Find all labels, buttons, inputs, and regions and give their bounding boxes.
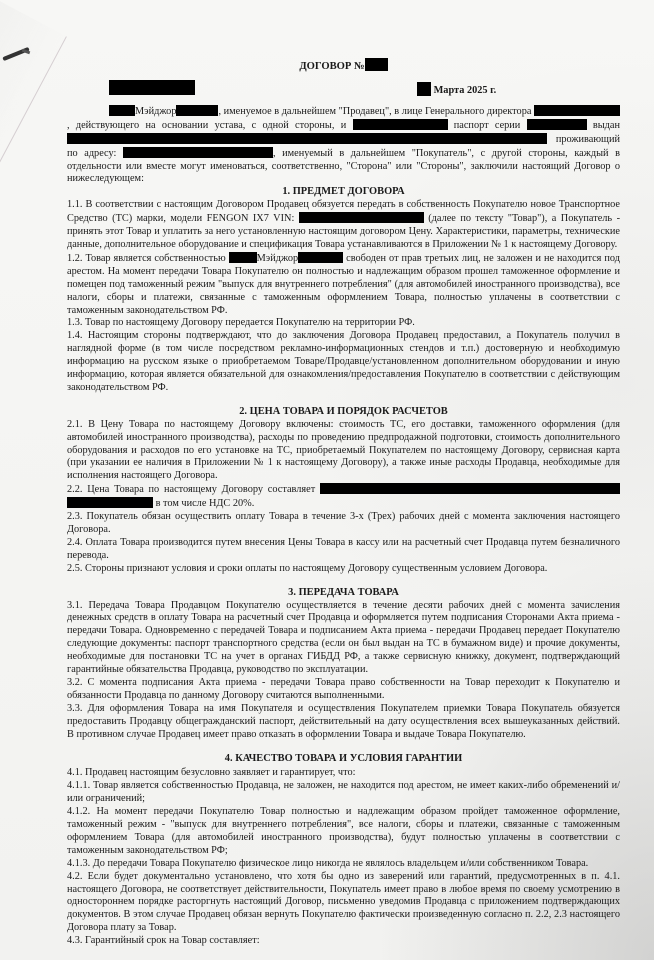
clause-4-2: 4.2. Если будет документально установлен…	[67, 871, 620, 936]
preamble: Мэйджор, именуемое в дальнейшем "Продаве…	[67, 105, 620, 186]
contract-date: Марта 2025 г.	[417, 82, 496, 98]
clause-3-3: 3.3. Для оформления Товара на имя Покупа…	[67, 703, 620, 742]
redacted-director-name-cont	[592, 105, 620, 116]
section-3-heading: 3. ПЕРЕДАЧА ТОВАРА	[67, 587, 620, 600]
clause-4-3: 4.3. Гарантийный срок на Товар составляе…	[67, 935, 620, 948]
redacted-day	[417, 82, 431, 96]
redacted-buyer-name	[353, 119, 448, 130]
clause-2-2: 2.2. Цена Товара по настоящему Договору …	[67, 483, 620, 511]
page-fold-shadow	[0, 0, 67, 319]
redacted-owner-prefix	[229, 252, 257, 263]
scanned-page: ДОГОВОР № Марта 2025 г. Мэйджор, именуем…	[0, 0, 654, 960]
clause-2-1: 2.1. В Цену Товара по настоящему Договор…	[67, 419, 620, 484]
redacted-contract-number	[365, 58, 388, 71]
clause-1-4: 1.4. Настоящим стороны подтверждают, что…	[67, 330, 620, 395]
clause-4-1-2: 4.1.2. На момент передачи Покупателю Тов…	[67, 806, 620, 858]
redacted-price-amount	[320, 483, 620, 494]
redacted-vin	[299, 212, 424, 223]
clause-1-3: 1.3. Товар по настоящему Договору переда…	[67, 317, 620, 330]
clause-2-4: 2.4. Оплата Товара производится путем вн…	[67, 537, 620, 563]
clause-4-1-1: 4.1.1. Товар является собственностью Про…	[67, 780, 620, 806]
document-title: ДОГОВОР №	[67, 58, 620, 74]
redacted-city	[109, 80, 195, 95]
section-4-heading: 4. КАЧЕСТВО ТОВАРА И УСЛОВИЯ ГАРАНТИИ	[67, 753, 620, 766]
redacted-seller-name	[176, 105, 218, 116]
redacted-buyer-address	[123, 147, 273, 158]
redacted-passport-series	[527, 119, 587, 130]
section-1-heading: 1. ПРЕДМЕТ ДОГОВОРА	[67, 186, 620, 199]
clause-4-1: 4.1. Продавец настоящим безусловно заявл…	[67, 767, 620, 780]
clause-3-2: 3.2. С момента подписания Акта приема - …	[67, 677, 620, 703]
clause-3-1: 3.1. Передача Товара Продавцом Покупател…	[67, 600, 620, 677]
contract-document: ДОГОВОР № Марта 2025 г. Мэйджор, именуем…	[67, 58, 620, 948]
clause-1-1: 1.1. В соответствии с настоящим Договоро…	[67, 199, 620, 252]
section-2-heading: 2. ЦЕНА ТОВАРА И ПОРЯДОК РАСЧЕТОВ	[67, 406, 620, 419]
clause-1-2: 1.2. Товар является собственностью Мэйдж…	[67, 252, 620, 318]
redacted-director-name	[534, 105, 592, 116]
redacted-price-words	[67, 497, 153, 508]
clause-4-1-3: 4.1.3. До передачи Товара Покупателю физ…	[67, 858, 620, 871]
redacted-owner-name	[298, 252, 343, 263]
place-date-row: Марта 2025 г.	[67, 84, 620, 100]
clause-2-3: 2.3. Покупатель обязан осуществить оплат…	[67, 511, 620, 537]
clause-2-5: 2.5. Стороны признают условия и сроки оп…	[67, 563, 620, 576]
redacted-seller-prefix	[109, 105, 135, 116]
redacted-passport-issuer	[67, 133, 547, 144]
